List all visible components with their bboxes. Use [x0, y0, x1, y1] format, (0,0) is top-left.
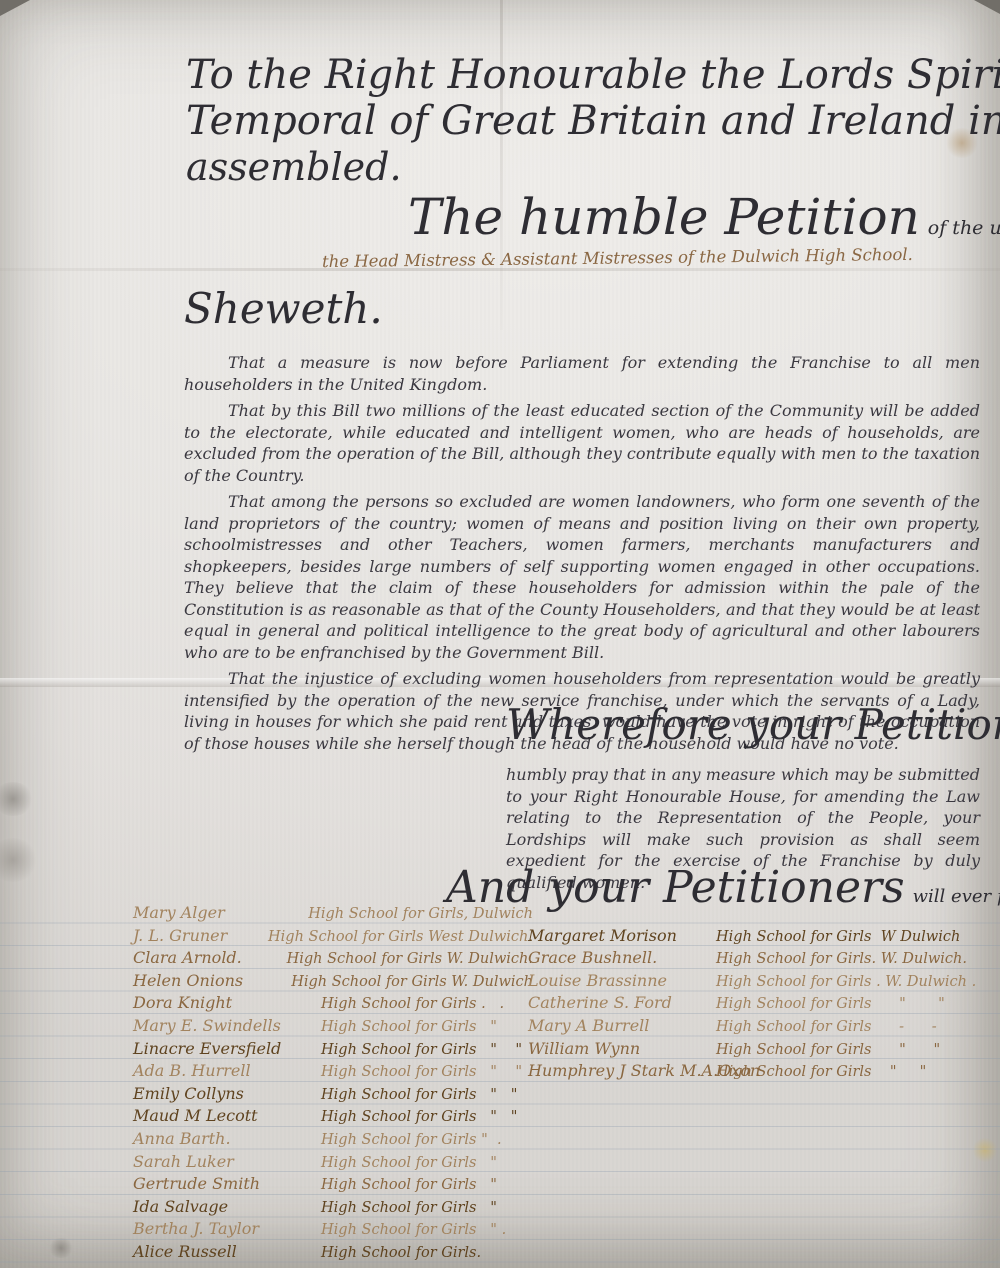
address-block: To the Right Honourable the Lords Spirit… [186, 52, 986, 189]
signature-name: Dora Knight [133, 993, 321, 1012]
signature-row: Margaret MorisonHigh School for Girls W … [528, 926, 998, 949]
signature-name: Mary Alger [133, 903, 308, 922]
signature-school: High School for Girls, Dulwich [308, 906, 533, 922]
signature-school: High School for Girls W. Dulwich [291, 974, 533, 990]
signature-row: Clara Arnold.High School for Girls W. Du… [133, 948, 533, 971]
petition-paragraphs: That a measure is now before Parliament … [184, 352, 980, 759]
address-line-1-text: To the Right Honourable the Lords Spirit… [186, 52, 1000, 98]
sheweth-heading: Sheweth. [184, 284, 383, 333]
address-line-2: Temporal of Great Britain and Ireland in… [186, 98, 986, 144]
yellow-stain [972, 1138, 998, 1162]
signature-school: High School for Girls - - [716, 1019, 937, 1035]
signature-name: Emily Collyns [133, 1084, 321, 1103]
signature-name: Louise Brassinne [528, 971, 716, 990]
signature-name: William Wynn [528, 1039, 716, 1058]
signature-row: Mary E. SwindellsHigh School for Girls " [133, 1016, 533, 1039]
signature-name: Humphrey J Stark M.A.Oxon [528, 1061, 716, 1080]
signature-row: Humphrey J Stark M.A.OxonHigh School for… [528, 1061, 998, 1084]
signature-name: Helen Onions [133, 971, 291, 990]
signature-name: Mary A Burrell [528, 1016, 716, 1035]
petition-subtitle: the Head Mistress & Assistant Mistresses… [322, 244, 998, 271]
signature-row: Alice RussellHigh School for Girls. [133, 1242, 533, 1265]
address-line-3: assembled. [186, 145, 986, 189]
signature-name: Ida Salvage [133, 1197, 321, 1216]
signature-row: Bertha J. TaylorHigh School for Girls " … [133, 1219, 533, 1242]
signature-name: Clara Arnold. [133, 948, 287, 967]
signature-school: High School for Girls " . [321, 1222, 506, 1238]
signature-name: Maud M Lecott [133, 1106, 321, 1125]
signature-school: High School for Girls " [321, 1019, 497, 1035]
petition-paragraph: That among the persons so excluded are w… [184, 491, 980, 663]
signature-school: High School for Girls " " [716, 1042, 940, 1058]
signature-row: Helen OnionsHigh School for Girls W. Dul… [133, 971, 533, 994]
signature-name: Gertrude Smith [133, 1174, 321, 1193]
signature-row: Louise BrassinneHigh School for Girls . … [528, 971, 998, 994]
signature-school: High School for Girls " " [321, 1087, 517, 1103]
torn-corner-top-right [974, 0, 1000, 14]
petition-title-suffix: of the undersigned [928, 217, 1000, 239]
signature-row: Sarah LukerHigh School for Girls " [133, 1152, 533, 1175]
signature-school: High School for Girls " [321, 1177, 497, 1193]
grey-smudge-lower [0, 838, 38, 882]
petition-title: The humble Petition [408, 188, 920, 246]
signature-column-left: Mary AlgerHigh School for Girls, Dulwich… [133, 903, 533, 1265]
signature-name: Ada B. Hurrell [133, 1061, 321, 1080]
signature-school: High School for Girls " " [321, 1109, 517, 1125]
signature-name: Catherine S. Ford [528, 993, 716, 1012]
signature-row: Anna Barth.High School for Girls " . [133, 1129, 533, 1152]
signature-name: Margaret Morison [528, 926, 716, 945]
wherefore-heading: Wherefore your Petitioners [506, 700, 1000, 749]
signature-row: Emily CollynsHigh School for Girls " " [133, 1084, 533, 1107]
address-line-1: To the Right Honourable the Lords Spirit… [186, 52, 986, 98]
torn-corner-top-left [0, 0, 30, 16]
signature-name: Sarah Luker [133, 1152, 321, 1171]
signature-school: High School for Girls . W. Dulwich . [716, 974, 976, 990]
signature-column-right: Margaret MorisonHigh School for Girls W … [528, 926, 998, 1084]
signature-school: High School for Girls W. Dulwich. [287, 951, 533, 967]
petition-paragraph: That by this Bill two millions of the le… [184, 400, 980, 486]
signature-name: Alice Russell [133, 1242, 321, 1261]
signature-name: Linacre Eversfield [133, 1039, 321, 1058]
signature-school: High School for Girls West Dulwich. [268, 929, 533, 945]
signature-name: J. L. Gruner [133, 926, 268, 945]
signature-school: High School for Girls " " [321, 1042, 522, 1058]
signature-row: Gertrude SmithHigh School for Girls " [133, 1174, 533, 1197]
signature-row: Catherine S. FordHigh School for Girls "… [528, 993, 998, 1016]
signature-school: High School for Girls " [321, 1155, 497, 1171]
signature-school: High School for Girls . . [321, 996, 504, 1012]
signature-row: Mary AlgerHigh School for Girls, Dulwich [133, 903, 533, 926]
signature-school: High School for Girls W Dulwich [716, 929, 960, 945]
signature-school: High School for Girls " [321, 1200, 497, 1216]
signature-school: High School for Girls " . [321, 1132, 502, 1148]
signature-name: Bertha J. Taylor [133, 1219, 321, 1238]
signature-school: High School for Girls. W. Dulwich. [716, 951, 967, 967]
signature-school: High School for Girls " " [716, 996, 945, 1012]
petition-document-page: To the Right Honourable the Lords Spirit… [0, 0, 1000, 1268]
closing-suffix: will ever pray &c. [913, 886, 1000, 907]
signature-row: Maud M LecottHigh School for Girls " " [133, 1106, 533, 1129]
grey-smudge-upper [0, 782, 34, 816]
signature-name: Grace Bushnell. [528, 948, 716, 967]
signature-school: High School for Girls. [321, 1245, 481, 1261]
signature-row: Grace Bushnell.High School for Girls. W.… [528, 948, 998, 971]
signature-row: Mary A BurrellHigh School for Girls - - [528, 1016, 998, 1039]
signature-name: Mary E. Swindells [133, 1016, 321, 1035]
signature-row: Ida SalvageHigh School for Girls " [133, 1197, 533, 1220]
signature-row: J. L. GrunerHigh School for Girls West D… [133, 926, 533, 949]
signature-row: Linacre EversfieldHigh School for Girls … [133, 1039, 533, 1062]
petition-paragraph: That a measure is now before Parliament … [184, 352, 980, 395]
signature-row: Dora KnightHigh School for Girls . . [133, 993, 533, 1016]
signature-row: Ada B. HurrellHigh School for Girls " " [133, 1061, 533, 1084]
signature-row: William WynnHigh School for Girls " " [528, 1039, 998, 1062]
signature-school: High School for Girls " " [716, 1064, 926, 1080]
signature-school: High School for Girls " " [321, 1064, 522, 1080]
dark-spot [48, 1238, 74, 1258]
signature-name: Anna Barth. [133, 1129, 321, 1148]
petition-title-block: The humble Petitionof the undersigned [408, 188, 1000, 246]
